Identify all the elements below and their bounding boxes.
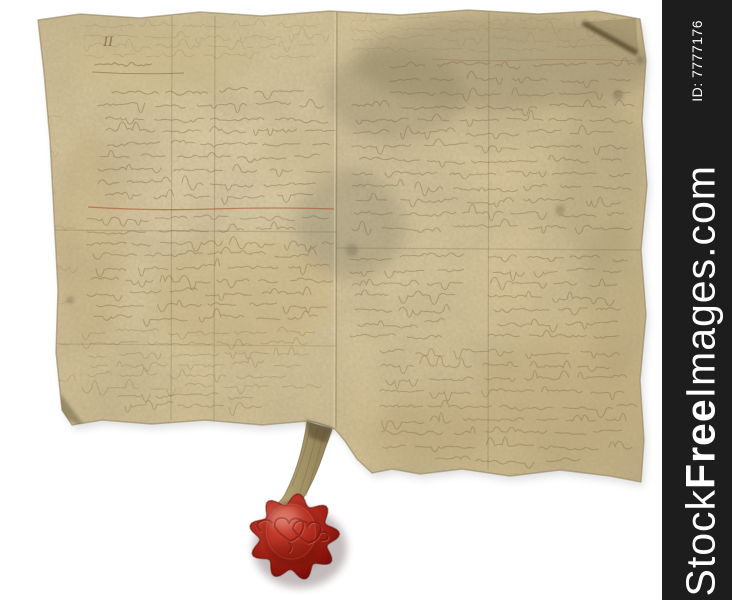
seal-highlight bbox=[266, 506, 300, 528]
parchment-texture: II bbox=[30, 4, 655, 492]
watermark-sidebar: ID: 7777176 StockFreeImages.com bbox=[662, 0, 732, 600]
image-id-label: ID: 7777176 bbox=[689, 20, 705, 102]
page-mark: II bbox=[102, 34, 114, 50]
wax-seal bbox=[250, 494, 347, 588]
parchment-photo: II bbox=[0, 0, 662, 600]
site-name-bold: Free bbox=[677, 398, 723, 489]
photo-area: II bbox=[0, 0, 662, 600]
site-name: StockFreeImages.com bbox=[677, 165, 724, 596]
site-name-suffix: Images.com bbox=[677, 165, 723, 398]
seal-bottom-shade bbox=[270, 541, 322, 567]
stock-photo-page: II bbox=[0, 0, 732, 600]
site-name-prefix: Stock bbox=[677, 488, 723, 596]
